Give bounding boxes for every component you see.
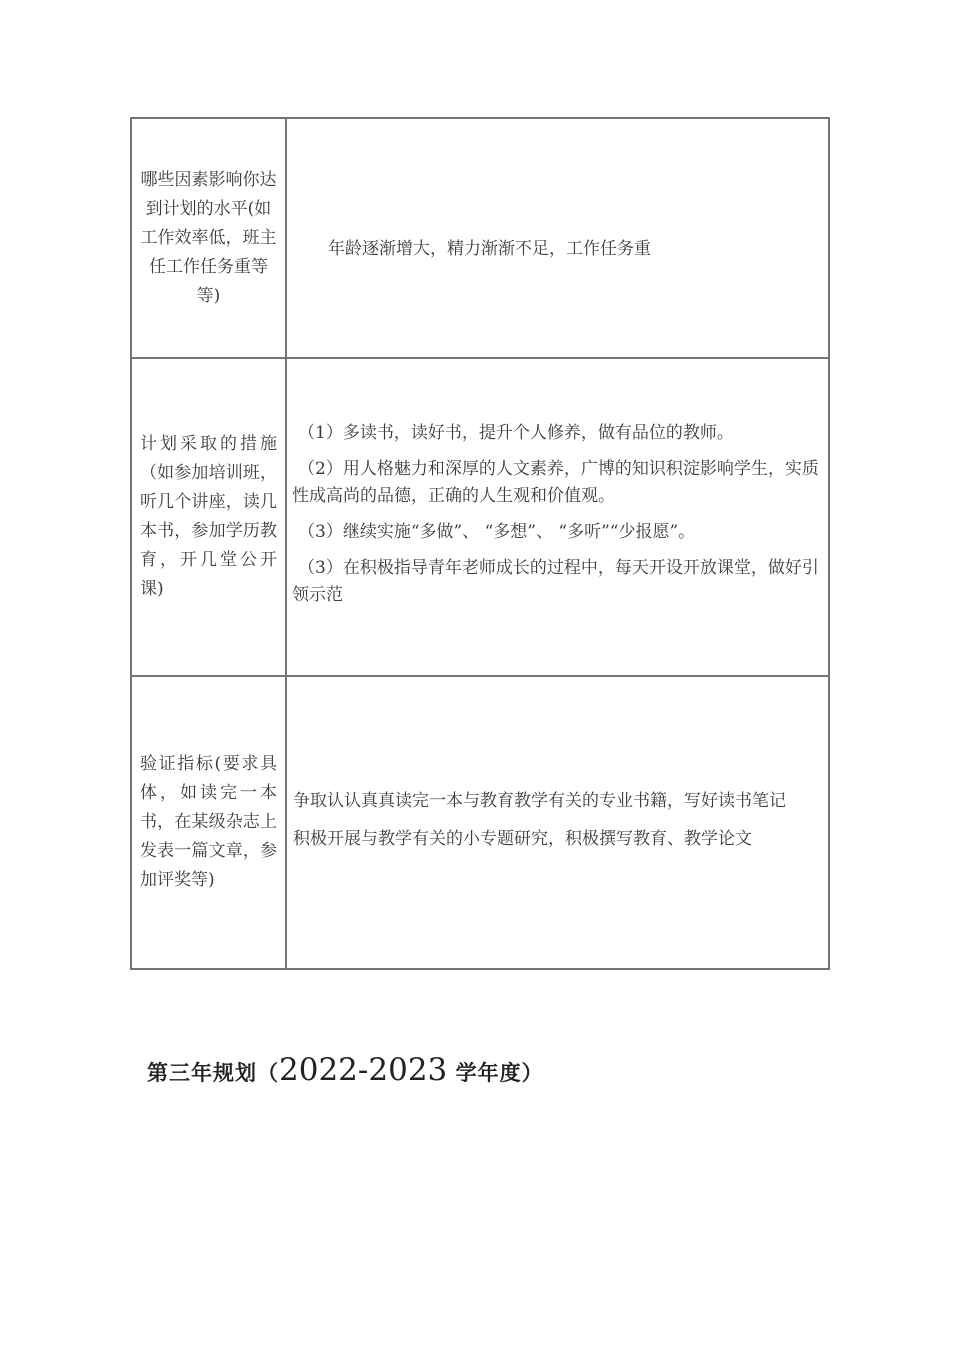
paragraph: （2）用人格魅力和深厚的人文素养，广博的知识积淀影响学生，实质性成高尚的品德，正… — [292, 456, 826, 510]
heading-title-prefix: 第三年规划（ — [147, 1061, 279, 1085]
row-content-cell-measures: （1）多读书，读好书，提升个人修养，做有品位的教师。 （2）用人格魅力和深厚的人… — [286, 358, 829, 676]
heading-suffix: 学年度） — [447, 1061, 543, 1085]
paragraph: 争取认认真真读完一本与教育教学有关的专业书籍，写好读书笔记 — [293, 788, 826, 815]
row-label-indicators: 验证指标(要求具体，如读完一本书，在某级杂志上发表一篇文章，参加评奖等) — [140, 750, 277, 895]
plan-table: 哪些因素影响你达到计划的水平(如工作效率低，班主任工作任务重等等) 年龄逐渐增大… — [130, 117, 830, 970]
document-page: 哪些因素影响你达到计划的水平(如工作效率低，班主任工作任务重等等) 年龄逐渐增大… — [0, 0, 960, 1357]
paragraph: （1）多读书，读好书，提升个人修养，做有品位的教师。 — [292, 420, 826, 447]
row-label-factors: 哪些因素影响你达到计划的水平(如工作效率低，班主任工作任务重等等) — [140, 166, 277, 311]
heading-year: 2022-2023 — [279, 1052, 447, 1088]
row-content-cell-factors: 年龄逐渐增大，精力渐渐不足，工作任务重 — [286, 118, 829, 358]
paragraph: 年龄逐渐增大，精力渐渐不足，工作任务重 — [295, 236, 814, 263]
row-label-cell-indicators: 验证指标(要求具体，如读完一本书，在某级杂志上发表一篇文章，参加评奖等) — [131, 676, 286, 969]
paragraph: （3）继续实施“多做”、 “多想”、 “多听”“少报愿”。 — [292, 519, 826, 546]
row-content-cell-indicators: 争取认认真真读完一本与教育教学有关的专业书籍，写好读书笔记 积极开展与教学有关的… — [286, 676, 829, 969]
paragraph: 积极开展与教学有关的小专题研究，积极撰写教育、教学论文 — [293, 826, 826, 853]
row-label-cell-factors: 哪些因素影响你达到计划的水平(如工作效率低，班主任工作任务重等等) — [131, 118, 286, 358]
row-label-measures: 计划采取的措施（如参加培训班，听几个讲座，读几本书，参加学历教育，开几堂公开课) — [140, 430, 277, 604]
paragraph: （3）在积极指导青年老师成长的过程中，每天开设开放课堂，做好引领示范 — [292, 555, 826, 609]
table-row-planned-measures: 计划采取的措施（如参加培训班，听几个讲座，读几本书，参加学历教育，开几堂公开课)… — [131, 358, 829, 676]
section-heading: 第三年规划（2022-2023 学年度） — [147, 1052, 544, 1088]
table-row-influencing-factors: 哪些因素影响你达到计划的水平(如工作效率低，班主任工作任务重等等) 年龄逐渐增大… — [131, 118, 829, 358]
row-label-cell-measures: 计划采取的措施（如参加培训班，听几个讲座，读几本书，参加学历教育，开几堂公开课) — [131, 358, 286, 676]
table-row-verification-indicators: 验证指标(要求具体，如读完一本书，在某级杂志上发表一篇文章，参加评奖等) 争取认… — [131, 676, 829, 969]
